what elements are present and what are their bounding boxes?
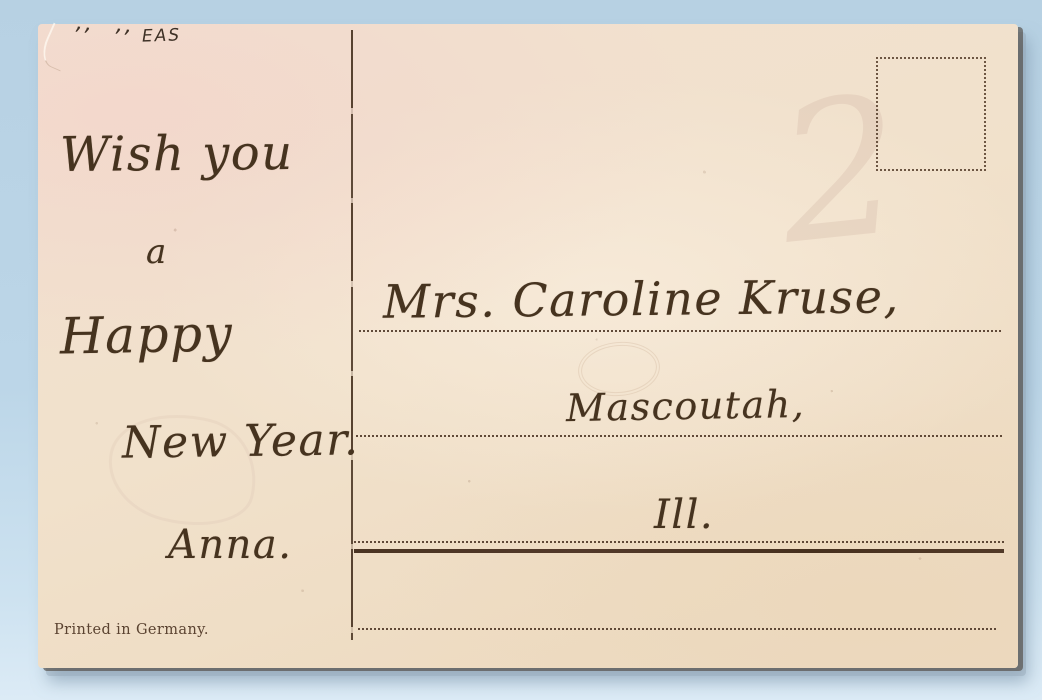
postcard-back: 2 ’’ ’’ EAS Wish you a Happy New Year. A…	[38, 24, 1018, 668]
center-divider-line	[351, 30, 353, 640]
ditto-mark: ’’	[71, 23, 92, 50]
address-line-recipient: Mrs. Caroline Kruse,	[383, 269, 900, 328]
message-line: Happy	[60, 304, 234, 365]
message-line: a	[146, 232, 168, 272]
printed-in-germany-imprint: Printed in Germany.	[54, 622, 209, 638]
photo-background: 2 ’’ ’’ EAS Wish you a Happy New Year. A…	[0, 0, 1042, 700]
address-rule-solid	[354, 549, 1004, 553]
address-rule-3	[354, 541, 1004, 543]
address-rule-2	[356, 435, 1002, 437]
address-line-state: Ill.	[654, 492, 714, 538]
signature: Anna.	[168, 522, 292, 568]
message-line: Wish you	[60, 125, 294, 183]
stamp-box	[876, 57, 986, 171]
message-line: New Year.	[122, 414, 360, 468]
address-line-city: Mascoutah,	[566, 382, 806, 430]
initials-annotation: EAS	[142, 25, 182, 46]
ditto-mark: ’’	[111, 25, 132, 52]
address-rule-4	[358, 628, 996, 630]
address-rule-1	[359, 330, 1001, 332]
